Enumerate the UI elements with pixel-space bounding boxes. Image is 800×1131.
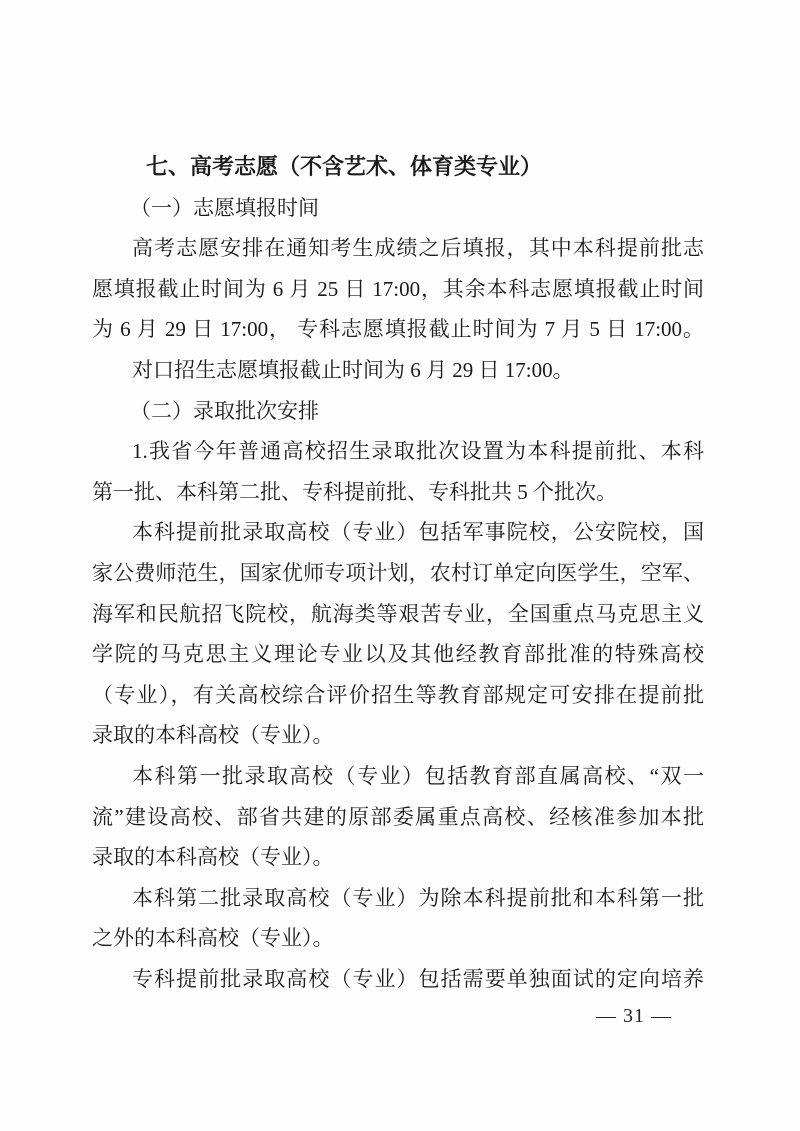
- text-line: 本科第一批录取高校（专业）包括教育部直属高校、“双一: [92, 756, 704, 797]
- text-line: 录取的本科高校（专业）。: [92, 837, 704, 878]
- text-line: 为 6 月 29 日 17:00， 专科志愿填报截止时间为 7 月 5 日 17…: [92, 309, 704, 350]
- subsection-title-2: （二）录取批次安排: [92, 391, 704, 432]
- text-line: 家公费师范生，国家优师专项计划，农村订单定向医学生，空军、: [92, 553, 704, 594]
- text-line: 本科第二批录取高校（专业）为除本科提前批和本科第一批: [92, 878, 704, 919]
- text-line: 学院的马克思主义理论专业以及其他经教育部批准的特殊高校: [92, 634, 704, 675]
- document-content: 七、高考志愿（不含艺术、体育类专业） （一）志愿填报时间 高考志愿安排在通知考生…: [92, 147, 704, 999]
- text-line: 1.我省今年普通高校招生录取批次设置为本科提前批、本科: [92, 431, 704, 472]
- document-page: 七、高考志愿（不含艺术、体育类专业） （一）志愿填报时间 高考志愿安排在通知考生…: [0, 0, 800, 1131]
- paragraph-benke-dierpi: 本科第二批录取高校（专业）为除本科提前批和本科第一批 之外的本科高校（专业）。: [92, 878, 704, 959]
- text-line: 本科提前批录取高校（专业）包括军事院校，公安院校，国: [92, 512, 704, 553]
- text-line: 流”建设高校、部省共建的原部委属重点高校、经核准参加本批: [92, 797, 704, 838]
- text-line: 专科提前批录取高校（专业）包括需要单独面试的定向培养: [92, 959, 704, 1000]
- text-line: 录取的本科高校（专业）。: [92, 715, 704, 756]
- text-line: 愿填报截止时间为 6 月 25 日 17:00，其余本科志愿填报截止时间: [92, 269, 704, 310]
- text-line: 第一批、本科第二批、专科提前批、专科批共 5 个批次。: [92, 472, 704, 513]
- chapter-heading: 七、高考志愿（不含艺术、体育类专业）: [92, 147, 704, 188]
- subsection-title-1: （一）志愿填报时间: [92, 188, 704, 229]
- paragraph-zhuanke-tiqianpi: 专科提前批录取高校（专业）包括需要单独面试的定向培养: [92, 959, 704, 1000]
- paragraph-benke-tiqianpi: 本科提前批录取高校（专业）包括军事院校，公安院校，国 家公费师范生，国家优师专项…: [92, 512, 704, 756]
- text-line: 之外的本科高校（专业）。: [92, 918, 704, 959]
- text-line: （专业），有关高校综合评价招生等教育部规定可安排在提前批: [92, 675, 704, 716]
- text-line: 海军和民航招飞院校，航海类等艰苦专业，全国重点马克思主义: [92, 594, 704, 635]
- paragraph-filing-time: 高考志愿安排在通知考生成绩之后填报，其中本科提前批志 愿填报截止时间为 6 月 …: [92, 228, 704, 350]
- text-line: 对口招生志愿填报截止时间为 6 月 29 日 17:00。: [92, 350, 704, 391]
- paragraph-benke-diyipi: 本科第一批录取高校（专业）包括教育部直属高校、“双一 流”建设高校、部省共建的原…: [92, 756, 704, 878]
- paragraph-duikou-deadline: 对口招生志愿填报截止时间为 6 月 29 日 17:00。: [92, 350, 704, 391]
- page-number: — 31 —: [596, 1005, 672, 1028]
- paragraph-batch-setup: 1.我省今年普通高校招生录取批次设置为本科提前批、本科 第一批、本科第二批、专科…: [92, 431, 704, 512]
- text-line: 高考志愿安排在通知考生成绩之后填报，其中本科提前批志: [92, 228, 704, 269]
